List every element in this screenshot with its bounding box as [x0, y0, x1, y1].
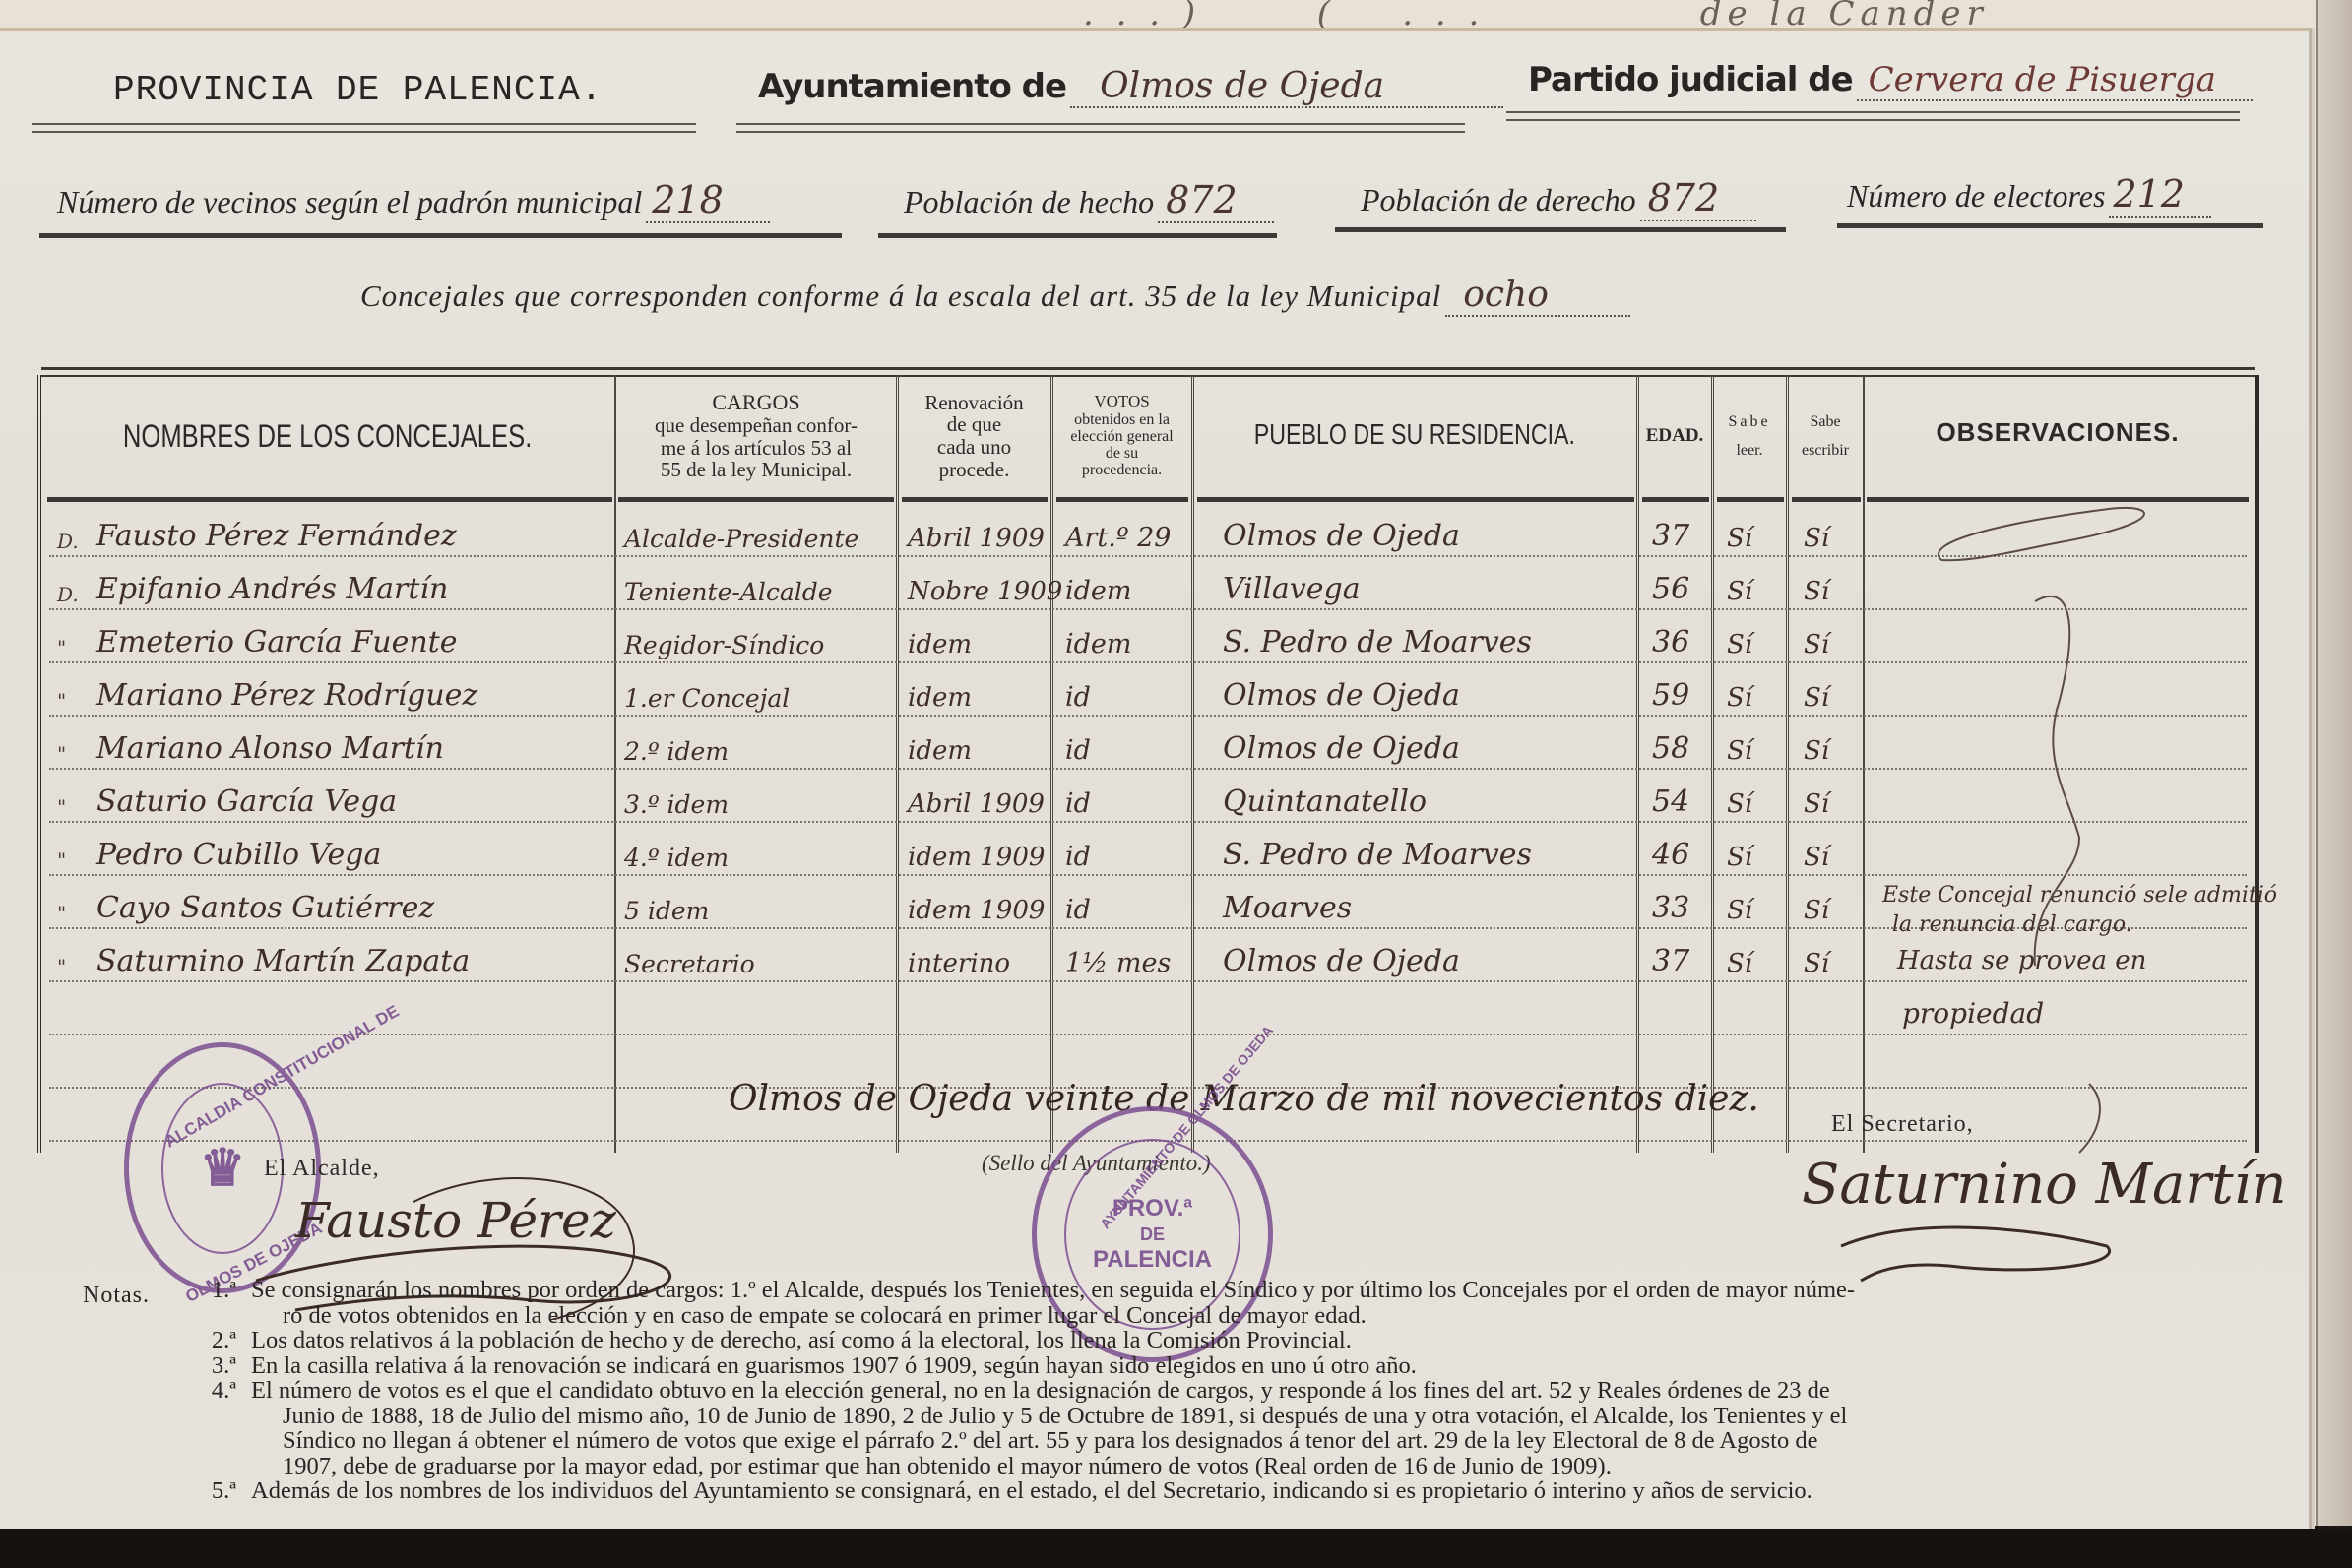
cell-cargo: Regidor-Síndico [624, 631, 824, 659]
derecho-value: 872 [1640, 176, 1756, 221]
cell-votos: idem [1065, 576, 1132, 606]
cell-votos: id [1065, 895, 1091, 925]
cell-cargo: 3.º idem [624, 790, 729, 819]
cell-renovacion: idem 1909 [908, 896, 1045, 925]
column-header-renovacion: Renovación de que cada uno procede. [898, 375, 1050, 497]
column-header-sub: que desempeñan confor- [655, 414, 858, 437]
column-header-sub: me á los artículos 53 al [661, 437, 852, 460]
header-rule [32, 123, 696, 133]
header-rule [39, 233, 842, 238]
cell-renovacion: idem 1909 [908, 843, 1045, 872]
column-header-nombres: NOMBRES DE LOS CONCEJALES. [41, 375, 614, 497]
cell-votos: idem [1065, 629, 1132, 659]
row-prefix: " [57, 689, 66, 713]
note-text-continued: Junio de 1888, 18 de Julio del mismo año… [283, 1403, 1847, 1430]
page-edge-strip [2316, 0, 2352, 1526]
signature-flourish [1831, 1207, 2146, 1286]
header-rule [878, 233, 1277, 238]
note-text: El número de votos es el que el candidat… [251, 1377, 1830, 1405]
cell-votos: 1½ mes [1065, 948, 1171, 978]
stamp-line: PALENCIA [1093, 1245, 1212, 1275]
handwritten-brace-marks [1912, 503, 2207, 1192]
cell-renovacion: Abril 1909 [908, 789, 1045, 819]
vecinos-label: Número de vecinos según el padrón munici… [57, 184, 642, 220]
column-header-label: procede. [939, 459, 1010, 481]
hecho-value: 872 [1158, 178, 1274, 223]
vecinos-field: Número de vecinos según el padrón munici… [57, 178, 770, 223]
cell-nombre: Cayo Santos Gutiérrez [96, 891, 434, 925]
cell-edad: 33 [1652, 891, 1689, 925]
cell-sabe-leer: Sí [1727, 630, 1752, 659]
column-header-label: cada uno [937, 436, 1011, 459]
cell-sabe-escribir: Sí [1804, 896, 1829, 925]
row-prefix: D. [57, 583, 79, 606]
cell-sabe-escribir: Sí [1804, 789, 1829, 819]
header-separator [1642, 497, 1709, 502]
note-text: En la casilla relativa á la renovación s… [251, 1352, 1417, 1380]
cell-nombre: Mariano Alonso Martín [96, 731, 444, 766]
row-prefix: " [57, 636, 66, 659]
note-text-continued: 1907, debe de graduarse por la mayor eda… [283, 1453, 1612, 1480]
cell-cargo: Secretario [624, 950, 755, 978]
header-separator [1867, 497, 2249, 502]
note-number: 2.ª [187, 1327, 236, 1354]
cell-sabe-leer: Sí [1727, 949, 1752, 978]
note-text: Los datos relativos á la población de he… [251, 1327, 1352, 1354]
note-text: Además de los nombres de los individuos … [251, 1477, 1812, 1505]
column-header-label: CARGOS [712, 391, 799, 414]
background-edge [0, 1529, 2352, 1568]
form-page: PROVINCIA DE PALENCIA. Ayuntamiento de O… [0, 28, 2309, 1532]
cell-cargo: Teniente-Alcalde [624, 578, 833, 606]
cell-nombre: Fausto Pérez Fernández [96, 519, 457, 553]
cell-pueblo: Olmos de Ojeda [1223, 944, 1460, 978]
cell-sabe-escribir: Sí [1804, 736, 1829, 766]
header-rule [1837, 223, 2263, 228]
cell-pueblo: Olmos de Ojeda [1223, 678, 1460, 713]
derecho-field: Población de derecho 872 [1361, 176, 1756, 221]
cell-votos: id [1065, 682, 1091, 713]
column-header-edad: EDAD. [1638, 375, 1711, 497]
place-date-line: Olmos de Ojeda veinte de Marzo de mil no… [729, 1079, 1759, 1119]
cell-edad: 54 [1652, 784, 1689, 819]
cell-pueblo: Olmos de Ojeda [1223, 519, 1460, 553]
cell-edad: 56 [1652, 572, 1689, 606]
cell-sabe-leer: Sí [1727, 736, 1752, 766]
header-separator [1056, 497, 1188, 502]
cell-cargo: Alcalde-Presidente [624, 525, 858, 553]
cell-sabe-leer: Sí [1727, 843, 1752, 872]
note-number: 4.ª [187, 1377, 236, 1405]
cell-renovacion: idem [908, 683, 972, 713]
cell-cargo: 5 idem [624, 897, 709, 925]
cell-nombre: Pedro Cubillo Vega [96, 838, 381, 872]
cell-sabe-leer: Sí [1727, 577, 1752, 606]
notes-label: Notas. [83, 1283, 150, 1309]
cell-pueblo: S. Pedro de Moarves [1223, 838, 1532, 872]
column-header-label: escribir [1802, 442, 1849, 459]
header-separator [618, 497, 894, 502]
cell-sabe-leer: Sí [1727, 683, 1752, 713]
cell-edad: 59 [1652, 678, 1689, 713]
column-header-label: Sabe [1810, 413, 1840, 430]
cell-pueblo: Olmos de Ojeda [1223, 731, 1460, 766]
header-rule [1335, 227, 1786, 232]
note-number: 5.ª [187, 1477, 236, 1505]
column-header-votos: VOTOS obtenidos en la elección general d… [1052, 375, 1191, 497]
header-rule [736, 123, 1465, 133]
cell-renovacion: idem [908, 736, 972, 766]
stamp-line: DE [1140, 1223, 1165, 1246]
cell-sabe-escribir: Sí [1804, 524, 1829, 553]
column-header-label: leer. [1736, 442, 1762, 459]
cell-edad: 46 [1652, 838, 1689, 872]
cell-sabe-escribir: Sí [1804, 630, 1829, 659]
cell-nombre: Saturio García Vega [96, 784, 397, 819]
secretario-label: El Secretario, [1831, 1111, 1974, 1138]
header-rule [1506, 111, 2240, 121]
cell-nombre: Epifanio Andrés Martín [96, 572, 448, 606]
cell-sabe-escribir: Sí [1804, 683, 1829, 713]
cell-sabe-leer: Sí [1727, 896, 1752, 925]
cell-nombre: Emeterio García Fuente [96, 625, 457, 659]
row-prefix: " [57, 795, 66, 819]
row-prefix: " [57, 902, 66, 925]
column-header-label: Renovación [924, 392, 1023, 414]
concejales-field: Concejales que corresponden conforme á l… [360, 275, 1630, 317]
header-separator [1717, 497, 1784, 502]
cell-pueblo: Villavega [1223, 572, 1361, 606]
column-header-label: EDAD. [1646, 426, 1704, 447]
concejales-label: Concejales que corresponden conforme á l… [360, 279, 1441, 313]
note-text: Se consignarán los nombres por orden de … [251, 1277, 1855, 1304]
header-separator [1197, 497, 1634, 502]
note-number: 3.ª [187, 1352, 236, 1380]
cell-pueblo: Moarves [1223, 891, 1352, 925]
cell-sabe-leer: Sí [1727, 524, 1752, 553]
column-header-label: de que [947, 413, 1001, 436]
cell-sabe-escribir: Sí [1804, 843, 1829, 872]
note-text-continued: ro de votos obtenidos en la elección y e… [283, 1302, 1367, 1330]
cell-edad: 37 [1652, 519, 1689, 553]
cell-edad: 37 [1652, 944, 1689, 978]
cell-nombre: Saturnino Martín Zapata [96, 944, 470, 978]
cell-votos: Art.º 29 [1065, 523, 1171, 553]
cell-nombre: Mariano Pérez Rodríguez [96, 678, 477, 713]
ayuntamiento-field: Ayuntamiento de Olmos de Ojeda [758, 66, 1503, 108]
ayuntamiento-value: Olmos de Ojeda [1070, 66, 1503, 108]
column-header-sabe-escribir: Sabe escribir [1788, 375, 1863, 497]
cell-votos: id [1065, 788, 1091, 819]
column-header-label: PUEBLO DE SU RESIDENCIA. [1254, 420, 1575, 451]
column-header-sabe-leer: Sabe leer. [1713, 375, 1786, 497]
cell-sabe-escribir: Sí [1804, 949, 1829, 978]
column-header-sub: obtenidos en la [1074, 411, 1170, 428]
cell-renovacion: interino [908, 949, 1010, 978]
cell-renovacion: Nobre 1909 [908, 577, 1062, 606]
vecinos-value: 218 [646, 178, 770, 223]
row-prefix: " [57, 955, 66, 978]
derecho-label: Población de derecho [1361, 182, 1636, 218]
cell-pueblo: Quintanatello [1223, 784, 1427, 819]
note-text-continued: Síndico no llegan á obtener el número de… [283, 1427, 1817, 1455]
cell-votos: id [1065, 735, 1091, 766]
electores-label: Número de electores [1847, 178, 2105, 214]
column-header-sub: procedencia. [1082, 462, 1162, 478]
cell-cargo: 2.º idem [624, 737, 729, 766]
partido-label: Partido judicial de [1528, 60, 1853, 99]
row-prefix: " [57, 848, 66, 872]
electores-field: Número de electores 212 [1847, 172, 2211, 218]
cell-cargo: 4.º idem [624, 844, 729, 872]
column-header-label: VOTOS [1094, 393, 1149, 410]
column-header-pueblo: PUEBLO DE SU RESIDENCIA. [1193, 375, 1636, 497]
header-separator [902, 497, 1048, 502]
concejales-value: ocho [1445, 275, 1630, 317]
note-number: 1.ª [187, 1277, 236, 1304]
cell-cargo: 1.er Concejal [624, 684, 790, 713]
cell-edad: 36 [1652, 625, 1689, 659]
hecho-field: Población de hecho 872 [904, 178, 1274, 223]
column-header-observaciones: OBSERVACIONES. [1865, 375, 2251, 497]
cell-pueblo: S. Pedro de Moarves [1223, 625, 1532, 659]
province-title: PROVINCIA DE PALENCIA. [113, 70, 603, 110]
column-header-cargos: CARGOS que desempeñan confor- me á los a… [616, 375, 896, 497]
column-header-sub: 55 de la ley Municipal. [661, 459, 852, 481]
column-header-label: OBSERVACIONES. [1936, 418, 2179, 446]
cell-edad: 58 [1652, 731, 1689, 766]
header-separator [1792, 497, 1861, 502]
cell-renovacion: idem [908, 630, 972, 659]
header-separator [47, 497, 612, 502]
cell-sabe-escribir: Sí [1804, 577, 1829, 606]
column-header-sub: elección general [1070, 428, 1173, 445]
hecho-label: Población de hecho [904, 184, 1154, 220]
column-header-label: Sabe [1728, 413, 1770, 430]
row-prefix: D. [57, 530, 79, 553]
electores-value: 212 [2109, 172, 2211, 218]
cell-renovacion: Abril 1909 [908, 524, 1045, 553]
column-header-label: NOMBRES DE LOS CONCEJALES. [123, 419, 532, 454]
partido-field: Partido judicial de Cervera de Pisuerga [1528, 60, 2253, 101]
cell-votos: id [1065, 842, 1091, 872]
cell-sabe-leer: Sí [1727, 789, 1752, 819]
ayuntamiento-label: Ayuntamiento de [758, 67, 1066, 106]
column-header-sub: de su [1106, 445, 1138, 462]
partido-value: Cervera de Pisuerga [1857, 60, 2253, 101]
row-prefix: " [57, 742, 66, 766]
